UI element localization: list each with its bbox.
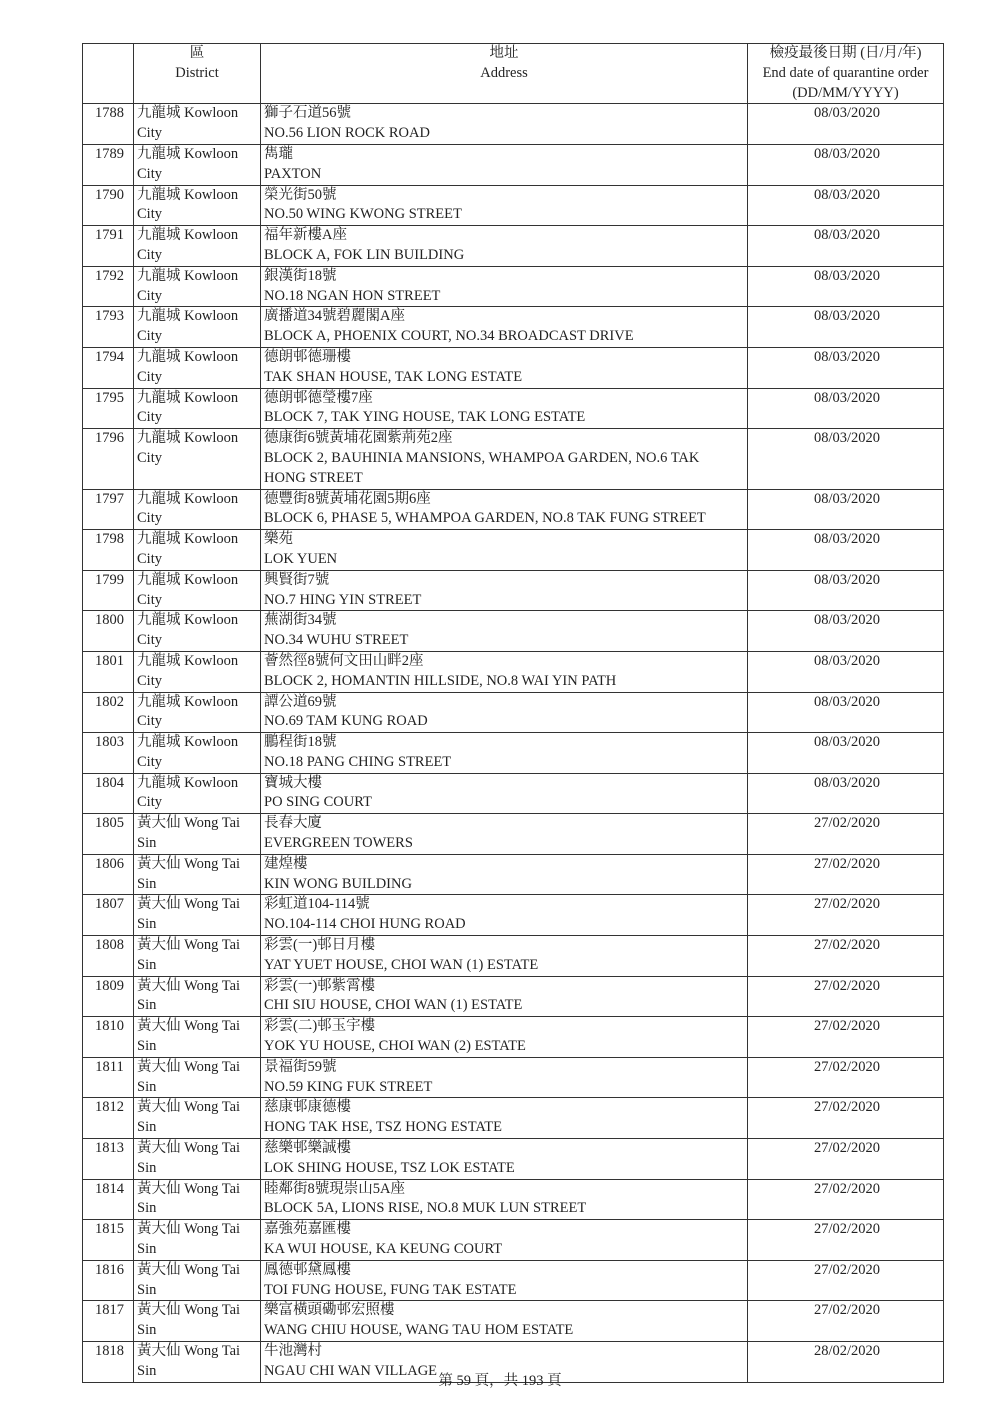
- address-en: EVERGREEN TOWERS: [264, 834, 747, 854]
- address-zh: 慈樂邨樂誠樓: [264, 1139, 747, 1159]
- address-en: LOK SHING HOUSE, TSZ LOK ESTATE: [264, 1159, 747, 1179]
- district-cell: 九龍城 KowloonCity: [134, 570, 261, 611]
- table-row: 1806黃大仙 Wong TaiSin建煌樓KIN WONG BUILDING2…: [83, 854, 944, 895]
- address-en: YOK YU HOUSE, CHOI WAN (2) ESTATE: [264, 1037, 747, 1057]
- address-en: NO.69 TAM KUNG ROAD: [264, 712, 747, 732]
- district-text: 九龍城 Kowloon: [137, 226, 260, 246]
- district-text: 九龍城 Kowloon: [137, 267, 260, 287]
- row-number: 1794: [83, 347, 134, 388]
- table-row: 1812黃大仙 Wong TaiSin慈康邨康德樓HONG TAK HSE, T…: [83, 1098, 944, 1139]
- row-number: 1802: [83, 692, 134, 733]
- end-date-cell: 27/02/2020: [748, 854, 944, 895]
- district-cell: 黃大仙 Wong TaiSin: [134, 854, 261, 895]
- district-text: 九龍城 Kowloon: [137, 693, 260, 713]
- address-cell: 彩雲(一)邨日月樓YAT YUET HOUSE, CHOI WAN (1) ES…: [261, 936, 748, 977]
- address-cell: 睦鄰街8號現崇山5A座BLOCK 5A, LIONS RISE, NO.8 MU…: [261, 1179, 748, 1220]
- address-en: BLOCK 6, PHASE 5, WHAMPOA GARDEN, NO.8 T…: [264, 509, 747, 529]
- address-en: TAK SHAN HOUSE, TAK LONG ESTATE: [264, 368, 747, 388]
- end-date-cell: 27/02/2020: [748, 1057, 944, 1098]
- district-text: 九龍城 Kowloon: [137, 571, 260, 591]
- district-text: Sin: [137, 996, 260, 1016]
- district-text: City: [137, 631, 260, 651]
- address-cell: 榮光街50號NO.50 WING KWONG STREET: [261, 185, 748, 226]
- address-cell: 蕪湖街34號NO.34 WUHU STREET: [261, 611, 748, 652]
- row-number: 1796: [83, 429, 134, 489]
- table-row: 1796九龍城 KowloonCity德康街6號黃埔花園紫荊苑2座BLOCK 2…: [83, 429, 944, 489]
- district-text: Sin: [137, 1159, 260, 1179]
- district-cell: 黃大仙 Wong TaiSin: [134, 1057, 261, 1098]
- district-text: City: [137, 408, 260, 428]
- district-text: Sin: [137, 1199, 260, 1219]
- table-row: 1797九龍城 KowloonCity德豐街8號黃埔花園5期6座BLOCK 6,…: [83, 489, 944, 530]
- end-date-cell: 08/03/2020: [748, 266, 944, 307]
- address-cell: 德朗邨德珊樓TAK SHAN HOUSE, TAK LONG ESTATE: [261, 347, 748, 388]
- address-en: PAXTON: [264, 165, 747, 185]
- header-district-en: District: [134, 64, 260, 84]
- table-row: 1800九龍城 KowloonCity蕪湖街34號NO.34 WUHU STRE…: [83, 611, 944, 652]
- address-zh: 福年新樓A座: [264, 226, 747, 246]
- address-zh: 景福街59號: [264, 1058, 747, 1078]
- address-cell: 彩雲(二)邨玉宇樓YOK YU HOUSE, CHOI WAN (2) ESTA…: [261, 1017, 748, 1058]
- table-row: 1809黃大仙 Wong TaiSin彩雲(一)邨紫霄樓CHI SIU HOUS…: [83, 976, 944, 1017]
- header-address: 地址 Address: [261, 44, 748, 104]
- address-zh: 鵬程街18號: [264, 733, 747, 753]
- address-en: KA WUI HOUSE, KA KEUNG COURT: [264, 1240, 747, 1260]
- address-zh: 雋瓏: [264, 145, 747, 165]
- end-date-cell: 27/02/2020: [748, 1301, 944, 1342]
- row-number: 1807: [83, 895, 134, 936]
- end-date-cell: 08/03/2020: [748, 307, 944, 348]
- table-body: 1788九龍城 KowloonCity獅子石道56號NO.56 LION ROC…: [83, 104, 944, 1382]
- row-number: 1815: [83, 1220, 134, 1261]
- table-row: 1817黃大仙 Wong TaiSin樂富橫頭磡邨宏照樓WANG CHIU HO…: [83, 1301, 944, 1342]
- table-header-row: 區 District 地址 Address 檢疫最後日期 (日/月/年) End…: [83, 44, 944, 104]
- row-number: 1803: [83, 733, 134, 774]
- district-text: City: [137, 550, 260, 570]
- end-date-cell: 08/03/2020: [748, 144, 944, 185]
- district-text: 黃大仙 Wong Tai: [137, 1058, 260, 1078]
- address-cell: 樂苑LOK YUEN: [261, 530, 748, 571]
- table-row: 1792九龍城 KowloonCity銀漢街18號NO.18 NGAN HON …: [83, 266, 944, 307]
- address-cell: 廣播道34號碧麗閣A座BLOCK A, PHOENIX COURT, NO.34…: [261, 307, 748, 348]
- table-row: 1795九龍城 KowloonCity德朗邨德瑩樓7座BLOCK 7, TAK …: [83, 388, 944, 429]
- address-zh: 蕪湖街34號: [264, 611, 747, 631]
- address-zh: 彩雲(一)邨紫霄樓: [264, 977, 747, 997]
- table-row: 1801九龍城 KowloonCity薈然徑8號何文田山畔2座BLOCK 2, …: [83, 651, 944, 692]
- document-page: 區 District 地址 Address 檢疫最後日期 (日/月/年) End…: [0, 0, 1000, 1414]
- district-cell: 黃大仙 Wong TaiSin: [134, 895, 261, 936]
- address-cell: 福年新樓A座BLOCK A, FOK LIN BUILDING: [261, 226, 748, 267]
- row-number: 1811: [83, 1057, 134, 1098]
- district-text: 黃大仙 Wong Tai: [137, 1139, 260, 1159]
- header-district-zh: 區: [134, 44, 260, 64]
- address-zh: 慈康邨康德樓: [264, 1098, 747, 1118]
- district-text: Sin: [137, 1281, 260, 1301]
- row-number: 1810: [83, 1017, 134, 1058]
- end-date-cell: 08/03/2020: [748, 347, 944, 388]
- table-row: 1794九龍城 KowloonCity德朗邨德珊樓TAK SHAN HOUSE,…: [83, 347, 944, 388]
- end-date-cell: 27/02/2020: [748, 1098, 944, 1139]
- row-number: 1809: [83, 976, 134, 1017]
- address-en: NO.34 WUHU STREET: [264, 631, 747, 651]
- address-zh: 嘉強苑嘉匯樓: [264, 1220, 747, 1240]
- address-en: NO.59 KING FUK STREET: [264, 1078, 747, 1098]
- district-cell: 黃大仙 Wong TaiSin: [134, 1260, 261, 1301]
- page-number-footer: 第 59 頁，共 193 頁: [0, 1369, 1000, 1390]
- address-zh: 德朗邨德瑩樓7座: [264, 389, 747, 409]
- district-text: City: [137, 449, 260, 469]
- address-en: BLOCK 2, HOMANTIN HILLSIDE, NO.8 WAI YIN…: [264, 672, 747, 692]
- row-number: 1799: [83, 570, 134, 611]
- district-cell: 黃大仙 Wong TaiSin: [134, 1139, 261, 1180]
- district-cell: 九龍城 KowloonCity: [134, 611, 261, 652]
- district-text: 九龍城 Kowloon: [137, 652, 260, 672]
- row-number: 1814: [83, 1179, 134, 1220]
- header-date-en: End date of quarantine order: [748, 64, 943, 84]
- end-date-cell: 27/02/2020: [748, 1139, 944, 1180]
- address-en: CHI SIU HOUSE, CHOI WAN (1) ESTATE: [264, 996, 747, 1016]
- end-date-cell: 27/02/2020: [748, 895, 944, 936]
- address-zh: 興賢街7號: [264, 571, 747, 591]
- address-en: NO.104-114 CHOI HUNG ROAD: [264, 915, 747, 935]
- address-en: NO.18 PANG CHING STREET: [264, 753, 747, 773]
- table-row: 1807黃大仙 Wong TaiSin彩虹道104-114號NO.104-114…: [83, 895, 944, 936]
- address-cell: 興賢街7號NO.7 HING YIN STREET: [261, 570, 748, 611]
- district-text: 黃大仙 Wong Tai: [137, 1017, 260, 1037]
- district-text: City: [137, 165, 260, 185]
- address-cell: 嘉強苑嘉匯樓KA WUI HOUSE, KA KEUNG COURT: [261, 1220, 748, 1261]
- district-text: City: [137, 672, 260, 692]
- district-text: City: [137, 591, 260, 611]
- address-en: YAT YUET HOUSE, CHOI WAN (1) ESTATE: [264, 956, 747, 976]
- end-date-cell: 08/03/2020: [748, 429, 944, 489]
- district-text: City: [137, 712, 260, 732]
- address-en: NO.50 WING KWONG STREET: [264, 205, 747, 225]
- district-text: 九龍城 Kowloon: [137, 104, 260, 124]
- address-en: BLOCK A, FOK LIN BUILDING: [264, 246, 747, 266]
- district-text: 九龍城 Kowloon: [137, 429, 260, 449]
- table-row: 1816黃大仙 Wong TaiSin鳳德邨黛鳳樓TOI FUNG HOUSE,…: [83, 1260, 944, 1301]
- district-text: 黃大仙 Wong Tai: [137, 1180, 260, 1200]
- district-cell: 九龍城 KowloonCity: [134, 773, 261, 814]
- end-date-cell: 27/02/2020: [748, 1220, 944, 1261]
- district-text: Sin: [137, 956, 260, 976]
- row-number: 1816: [83, 1260, 134, 1301]
- address-en: KIN WONG BUILDING: [264, 875, 747, 895]
- district-text: City: [137, 327, 260, 347]
- table-row: 1791九龍城 KowloonCity福年新樓A座BLOCK A, FOK LI…: [83, 226, 944, 267]
- row-number: 1793: [83, 307, 134, 348]
- address-cell: 譚公道69號NO.69 TAM KUNG ROAD: [261, 692, 748, 733]
- district-text: Sin: [137, 1078, 260, 1098]
- district-text: 九龍城 Kowloon: [137, 145, 260, 165]
- address-cell: 鳳德邨黛鳳樓TOI FUNG HOUSE, FUNG TAK ESTATE: [261, 1260, 748, 1301]
- district-cell: 九龍城 KowloonCity: [134, 104, 261, 145]
- district-text: City: [137, 753, 260, 773]
- row-number: 1798: [83, 530, 134, 571]
- address-zh: 建煌樓: [264, 855, 747, 875]
- district-text: 九龍城 Kowloon: [137, 774, 260, 794]
- table-row: 1803九龍城 KowloonCity鵬程街18號NO.18 PANG CHIN…: [83, 733, 944, 774]
- table-row: 1808黃大仙 Wong TaiSin彩雲(一)邨日月樓YAT YUET HOU…: [83, 936, 944, 977]
- end-date-cell: 27/02/2020: [748, 1260, 944, 1301]
- district-text: 九龍城 Kowloon: [137, 348, 260, 368]
- district-text: 九龍城 Kowloon: [137, 530, 260, 550]
- district-text: 九龍城 Kowloon: [137, 186, 260, 206]
- district-text: City: [137, 793, 260, 813]
- district-text: 黃大仙 Wong Tai: [137, 1301, 260, 1321]
- district-text: 黃大仙 Wong Tai: [137, 936, 260, 956]
- header-date-zh: 檢疫最後日期 (日/月/年): [748, 44, 943, 64]
- address-zh: 彩雲(二)邨玉宇樓: [264, 1017, 747, 1037]
- table-row: 1810黃大仙 Wong TaiSin彩雲(二)邨玉宇樓YOK YU HOUSE…: [83, 1017, 944, 1058]
- address-zh: 樂苑: [264, 530, 747, 550]
- address-cell: 德康街6號黃埔花園紫荊苑2座BLOCK 2, BAUHINIA MANSIONS…: [261, 429, 748, 489]
- row-number: 1804: [83, 773, 134, 814]
- district-cell: 九龍城 KowloonCity: [134, 307, 261, 348]
- address-zh: 彩雲(一)邨日月樓: [264, 936, 747, 956]
- address-en: TOI FUNG HOUSE, FUNG TAK ESTATE: [264, 1281, 747, 1301]
- address-zh: 廣播道34號碧麗閣A座: [264, 307, 747, 327]
- address-zh: 德康街6號黃埔花園紫荊苑2座: [264, 429, 747, 449]
- district-cell: 黃大仙 Wong TaiSin: [134, 1098, 261, 1139]
- table-row: 1811黃大仙 Wong TaiSin景福街59號NO.59 KING FUK …: [83, 1057, 944, 1098]
- end-date-cell: 08/03/2020: [748, 104, 944, 145]
- address-zh: 彩虹道104-114號: [264, 895, 747, 915]
- address-cell: 長春大廈EVERGREEN TOWERS: [261, 814, 748, 855]
- row-number: 1808: [83, 936, 134, 977]
- district-text: City: [137, 287, 260, 307]
- district-text: 九龍城 Kowloon: [137, 389, 260, 409]
- end-date-cell: 27/02/2020: [748, 1017, 944, 1058]
- address-zh: 譚公道69號: [264, 693, 747, 713]
- row-number: 1805: [83, 814, 134, 855]
- district-cell: 九龍城 KowloonCity: [134, 347, 261, 388]
- address-en: PO SING COURT: [264, 793, 747, 813]
- header-date-format: (DD/MM/YYYY): [748, 84, 943, 104]
- address-zh: 獅子石道56號: [264, 104, 747, 124]
- address-cell: 獅子石道56號NO.56 LION ROCK ROAD: [261, 104, 748, 145]
- table-row: 1804九龍城 KowloonCity寶城大樓PO SING COURT08/0…: [83, 773, 944, 814]
- address-zh: 銀漢街18號: [264, 267, 747, 287]
- address-en: BLOCK A, PHOENIX COURT, NO.34 BROADCAST …: [264, 327, 747, 347]
- address-zh: 睦鄰街8號現崇山5A座: [264, 1180, 747, 1200]
- address-en: BLOCK 5A, LIONS RISE, NO.8 MUK LUN STREE…: [264, 1199, 747, 1219]
- row-number: 1789: [83, 144, 134, 185]
- quarantine-address-table: 區 District 地址 Address 檢疫最後日期 (日/月/年) End…: [82, 43, 944, 1383]
- address-zh: 長春大廈: [264, 814, 747, 834]
- district-text: 黃大仙 Wong Tai: [137, 1261, 260, 1281]
- district-text: City: [137, 124, 260, 144]
- address-cell: 建煌樓KIN WONG BUILDING: [261, 854, 748, 895]
- district-text: City: [137, 246, 260, 266]
- end-date-cell: 08/03/2020: [748, 611, 944, 652]
- district-cell: 九龍城 KowloonCity: [134, 530, 261, 571]
- district-cell: 黃大仙 Wong TaiSin: [134, 976, 261, 1017]
- row-number: 1791: [83, 226, 134, 267]
- table-row: 1815黃大仙 Wong TaiSin嘉強苑嘉匯樓KA WUI HOUSE, K…: [83, 1220, 944, 1261]
- district-text: City: [137, 509, 260, 529]
- table-row: 1799九龍城 KowloonCity興賢街7號NO.7 HING YIN ST…: [83, 570, 944, 611]
- district-text: City: [137, 205, 260, 225]
- table-row: 1805黃大仙 Wong TaiSin長春大廈EVERGREEN TOWERS2…: [83, 814, 944, 855]
- table-row: 1788九龍城 KowloonCity獅子石道56號NO.56 LION ROC…: [83, 104, 944, 145]
- district-cell: 九龍城 KowloonCity: [134, 144, 261, 185]
- address-zh: 寶城大樓: [264, 774, 747, 794]
- header-end-date: 檢疫最後日期 (日/月/年) End date of quarantine or…: [748, 44, 944, 104]
- table-row: 1813黃大仙 Wong TaiSin慈樂邨樂誠樓LOK SHING HOUSE…: [83, 1139, 944, 1180]
- district-cell: 九龍城 KowloonCity: [134, 489, 261, 530]
- district-text: City: [137, 368, 260, 388]
- table-row: 1789九龍城 KowloonCity雋瓏PAXTON08/03/2020: [83, 144, 944, 185]
- address-en: HONG TAK HSE, TSZ HONG ESTATE: [264, 1118, 747, 1138]
- table-row: 1798九龍城 KowloonCity樂苑LOK YUEN08/03/2020: [83, 530, 944, 571]
- district-cell: 黃大仙 Wong TaiSin: [134, 814, 261, 855]
- district-cell: 黃大仙 Wong TaiSin: [134, 936, 261, 977]
- table-row: 1802九龍城 KowloonCity譚公道69號NO.69 TAM KUNG …: [83, 692, 944, 733]
- header-address-zh: 地址: [261, 44, 747, 64]
- address-cell: 寶城大樓PO SING COURT: [261, 773, 748, 814]
- address-zh: 德豐街8號黃埔花園5期6座: [264, 490, 747, 510]
- end-date-cell: 08/03/2020: [748, 692, 944, 733]
- district-text: 黃大仙 Wong Tai: [137, 1342, 260, 1362]
- district-text: 九龍城 Kowloon: [137, 490, 260, 510]
- district-cell: 九龍城 KowloonCity: [134, 185, 261, 226]
- address-zh: 鳳德邨黛鳳樓: [264, 1261, 747, 1281]
- end-date-cell: 27/02/2020: [748, 814, 944, 855]
- district-text: Sin: [137, 1037, 260, 1057]
- district-text: 九龍城 Kowloon: [137, 307, 260, 327]
- row-number: 1790: [83, 185, 134, 226]
- table-row: 1793九龍城 KowloonCity廣播道34號碧麗閣A座BLOCK A, P…: [83, 307, 944, 348]
- row-number: 1817: [83, 1301, 134, 1342]
- row-number: 1797: [83, 489, 134, 530]
- district-cell: 九龍城 KowloonCity: [134, 692, 261, 733]
- end-date-cell: 08/03/2020: [748, 570, 944, 611]
- address-cell: 慈康邨康德樓HONG TAK HSE, TSZ HONG ESTATE: [261, 1098, 748, 1139]
- end-date-cell: 08/03/2020: [748, 733, 944, 774]
- district-cell: 黃大仙 Wong TaiSin: [134, 1220, 261, 1261]
- district-text: Sin: [137, 1118, 260, 1138]
- district-text: 九龍城 Kowloon: [137, 611, 260, 631]
- address-cell: 德朗邨德瑩樓7座BLOCK 7, TAK YING HOUSE, TAK LON…: [261, 388, 748, 429]
- address-cell: 樂富橫頭磡邨宏照樓WANG CHIU HOUSE, WANG TAU HOM E…: [261, 1301, 748, 1342]
- row-number: 1792: [83, 266, 134, 307]
- district-cell: 九龍城 KowloonCity: [134, 388, 261, 429]
- district-cell: 黃大仙 Wong TaiSin: [134, 1017, 261, 1058]
- district-text: 黃大仙 Wong Tai: [137, 977, 260, 997]
- district-text: Sin: [137, 915, 260, 935]
- row-number: 1806: [83, 854, 134, 895]
- row-number: 1812: [83, 1098, 134, 1139]
- end-date-cell: 08/03/2020: [748, 226, 944, 267]
- district-text: 黃大仙 Wong Tai: [137, 814, 260, 834]
- header-district: 區 District: [134, 44, 261, 104]
- address-en: NO.18 NGAN HON STREET: [264, 287, 747, 307]
- end-date-cell: 08/03/2020: [748, 530, 944, 571]
- end-date-cell: 27/02/2020: [748, 936, 944, 977]
- end-date-cell: 08/03/2020: [748, 651, 944, 692]
- end-date-cell: 08/03/2020: [748, 489, 944, 530]
- address-cell: 銀漢街18號NO.18 NGAN HON STREET: [261, 266, 748, 307]
- table-row: 1790九龍城 KowloonCity榮光街50號NO.50 WING KWON…: [83, 185, 944, 226]
- end-date-cell: 08/03/2020: [748, 388, 944, 429]
- address-zh: 榮光街50號: [264, 186, 747, 206]
- row-number: 1813: [83, 1139, 134, 1180]
- district-cell: 黃大仙 Wong TaiSin: [134, 1301, 261, 1342]
- address-en: NO.56 LION ROCK ROAD: [264, 124, 747, 144]
- address-zh: 牛池灣村: [264, 1342, 747, 1362]
- address-zh: 樂富橫頭磡邨宏照樓: [264, 1301, 747, 1321]
- district-text: 黃大仙 Wong Tai: [137, 1220, 260, 1240]
- address-cell: 德豐街8號黃埔花園5期6座BLOCK 6, PHASE 5, WHAMPOA G…: [261, 489, 748, 530]
- district-text: 九龍城 Kowloon: [137, 733, 260, 753]
- row-number: 1800: [83, 611, 134, 652]
- end-date-cell: 08/03/2020: [748, 185, 944, 226]
- district-cell: 九龍城 KowloonCity: [134, 429, 261, 489]
- row-number: 1788: [83, 104, 134, 145]
- district-cell: 黃大仙 Wong TaiSin: [134, 1179, 261, 1220]
- address-en: BLOCK 2, BAUHINIA MANSIONS, WHAMPOA GARD…: [264, 449, 747, 469]
- district-text: 黃大仙 Wong Tai: [137, 855, 260, 875]
- address-en: NO.7 HING YIN STREET: [264, 591, 747, 611]
- address-en: LOK YUEN: [264, 550, 747, 570]
- end-date-cell: 08/03/2020: [748, 773, 944, 814]
- address-cell: 彩雲(一)邨紫霄樓CHI SIU HOUSE, CHOI WAN (1) EST…: [261, 976, 748, 1017]
- district-text: Sin: [137, 834, 260, 854]
- table-row: 1814黃大仙 Wong TaiSin睦鄰街8號現崇山5A座BLOCK 5A, …: [83, 1179, 944, 1220]
- district-text: Sin: [137, 1240, 260, 1260]
- address-cell: 薈然徑8號何文田山畔2座BLOCK 2, HOMANTIN HILLSIDE, …: [261, 651, 748, 692]
- address-zh: 薈然徑8號何文田山畔2座: [264, 652, 747, 672]
- address-zh: 德朗邨德珊樓: [264, 348, 747, 368]
- district-cell: 九龍城 KowloonCity: [134, 266, 261, 307]
- address-cell: 慈樂邨樂誠樓LOK SHING HOUSE, TSZ LOK ESTATE: [261, 1139, 748, 1180]
- end-date-cell: 27/02/2020: [748, 1179, 944, 1220]
- district-text: 黃大仙 Wong Tai: [137, 895, 260, 915]
- end-date-cell: 27/02/2020: [748, 976, 944, 1017]
- row-number: 1801: [83, 651, 134, 692]
- district-cell: 九龍城 KowloonCity: [134, 651, 261, 692]
- address-en: WANG CHIU HOUSE, WANG TAU HOM ESTATE: [264, 1321, 747, 1341]
- address-en: BLOCK 7, TAK YING HOUSE, TAK LONG ESTATE: [264, 408, 747, 428]
- address-cell: 雋瓏PAXTON: [261, 144, 748, 185]
- district-cell: 九龍城 KowloonCity: [134, 733, 261, 774]
- district-text: Sin: [137, 1321, 260, 1341]
- district-text: 黃大仙 Wong Tai: [137, 1098, 260, 1118]
- row-number: 1795: [83, 388, 134, 429]
- district-text: Sin: [137, 875, 260, 895]
- address-cell: 景福街59號NO.59 KING FUK STREET: [261, 1057, 748, 1098]
- address-cell: 鵬程街18號NO.18 PANG CHING STREET: [261, 733, 748, 774]
- district-cell: 九龍城 KowloonCity: [134, 226, 261, 267]
- address-en: HONG STREET: [264, 469, 747, 489]
- header-address-en: Address: [261, 64, 747, 84]
- address-cell: 彩虹道104-114號NO.104-114 CHOI HUNG ROAD: [261, 895, 748, 936]
- header-number: [83, 44, 134, 104]
